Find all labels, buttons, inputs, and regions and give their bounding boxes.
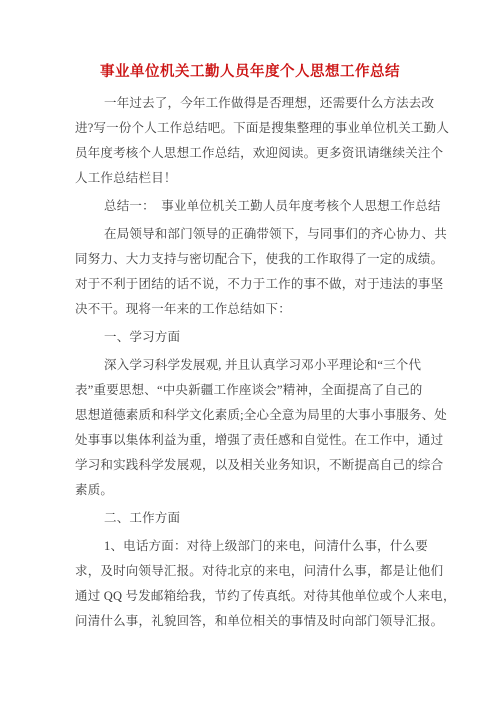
text-line: 学习和实践科学发展观，以及相关业务知识，不断提高自己的综合: [75, 453, 443, 478]
paragraph-summary-one-opening: 在局领导和部门领导的正确带领下，与同事们的齐心协力、共同努力、大力支持与密切配合…: [75, 222, 443, 322]
paragraph-section-two-item-1: 1、电话方面：对待上级部门的来电，问清什么事，什么要求，及时向领导汇报。对待北京…: [75, 534, 443, 634]
paragraph-section-one-heading: 一、学习方面: [75, 325, 443, 350]
text-line: 二、工作方面: [75, 506, 443, 531]
text-line: 员年度考核个人思想工作总结，欢迎阅读。更多资讯请继续关注个: [75, 141, 443, 166]
text-line: 处事事以集体利益为重，增强了责任感和自觉性。在工作中，通过: [75, 428, 443, 453]
paragraph-section-two-heading: 二、工作方面: [75, 506, 443, 531]
text-line: 一、学习方面: [75, 325, 443, 350]
paragraph-summary-one-heading: 总结一： 事业单位机关工勤人员年度考核个人思想工作总结: [75, 194, 443, 219]
text-line: 总结一： 事业单位机关工勤人员年度考核个人思想工作总结: [75, 194, 443, 219]
document-title: 事业单位机关工勤人员年度个人思想工作总结: [0, 0, 500, 82]
document-body: 一年过去了，今年工作做得是否理想，还需要什么方法去改进?写一份个人工作总结吧。下…: [75, 91, 443, 634]
text-line: 决不干。现将一年来的工作总结如下：: [75, 297, 443, 322]
text-line: 在局领导和部门领导的正确带领下，与同事们的齐心协力、共: [75, 222, 443, 247]
text-line: 问清什么事，礼貌回答，和单位相关的事情及时向部门领导汇报。: [75, 609, 443, 634]
text-line: 一年过去了，今年工作做得是否理想，还需要什么方法去改: [75, 91, 443, 116]
text-line: 对于不利于团结的话不说，不力于工作的事不做，对于违法的事坚: [75, 272, 443, 297]
text-line: 通过 QQ 号发邮箱给我，节约了传真纸。对待其他单位或个人来电，: [75, 584, 443, 609]
text-line: 思想道德素质和科学文化素质;全心全意为局里的大事小事服务、处: [75, 403, 443, 428]
paragraph-intro: 一年过去了，今年工作做得是否理想，还需要什么方法去改进?写一份个人工作总结吧。下…: [75, 91, 443, 191]
text-line: 求，及时向领导汇报。对待北京的来电，问清什么事，都是让他们: [75, 559, 443, 584]
text-line: 深入学习科学发展观, 并且认真学习邓小平理论和“三个代: [75, 353, 443, 378]
text-line: 1、电话方面：对待上级部门的来电，问清什么事，什么要: [75, 534, 443, 559]
document-page: 事业单位机关工勤人员年度个人思想工作总结 一年过去了，今年工作做得是否理想，还需…: [0, 0, 500, 707]
text-line: 同努力、大力支持与密切配合下，使我的工作取得了一定的成绩。: [75, 247, 443, 272]
paragraph-section-one-body: 深入学习科学发展观, 并且认真学习邓小平理论和“三个代表”重要思想、“中央新疆工…: [75, 353, 443, 503]
text-line: 表”重要思想、“中央新疆工作座谈会”精神，全面提高了自己的: [75, 378, 443, 403]
text-line: 素质。: [75, 478, 443, 503]
text-line: 进?写一份个人工作总结吧。下面是搜集整理的事业单位机关工勤人: [75, 116, 443, 141]
text-line: 人工作总结栏目！: [75, 166, 443, 191]
